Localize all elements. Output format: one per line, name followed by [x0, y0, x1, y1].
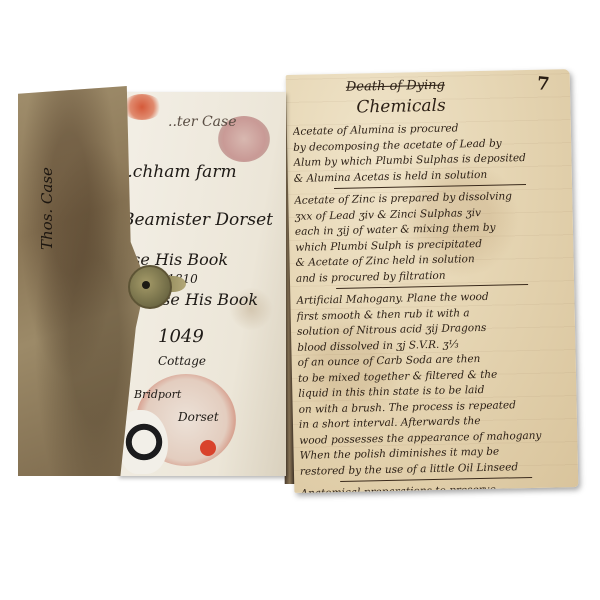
farm-line: ..chham farm: [122, 162, 237, 182]
town-line: Beamister Dorset: [122, 210, 273, 230]
handwritten-text: Acetate of Alumina is procured by decomp…: [293, 119, 573, 493]
page-number: 7: [537, 73, 551, 95]
number-line: 1049: [158, 326, 204, 347]
red-spot: [200, 440, 216, 456]
clasp-rivet: [142, 281, 150, 289]
right-page: 7 Death of Dying Chemicals Acetate of Al…: [286, 69, 579, 493]
cover-name: Thos. Case: [38, 167, 56, 250]
brass-clasp-icon: [128, 265, 172, 309]
red-stain: [122, 94, 162, 120]
cottage-line: Cottage: [158, 354, 206, 368]
page-heading: Chemicals: [356, 96, 446, 118]
owner-line: ..ter Case: [168, 114, 236, 130]
text-line: Anatomical preparations to preserve: [300, 481, 572, 493]
bridport-line: Bridport: [134, 388, 181, 401]
notebook-photo: 7 Death of Dying Chemicals Acetate of Al…: [0, 0, 600, 600]
dorset-line: Dorset: [178, 410, 219, 424]
struck-heading: Death of Dying: [346, 78, 445, 95]
